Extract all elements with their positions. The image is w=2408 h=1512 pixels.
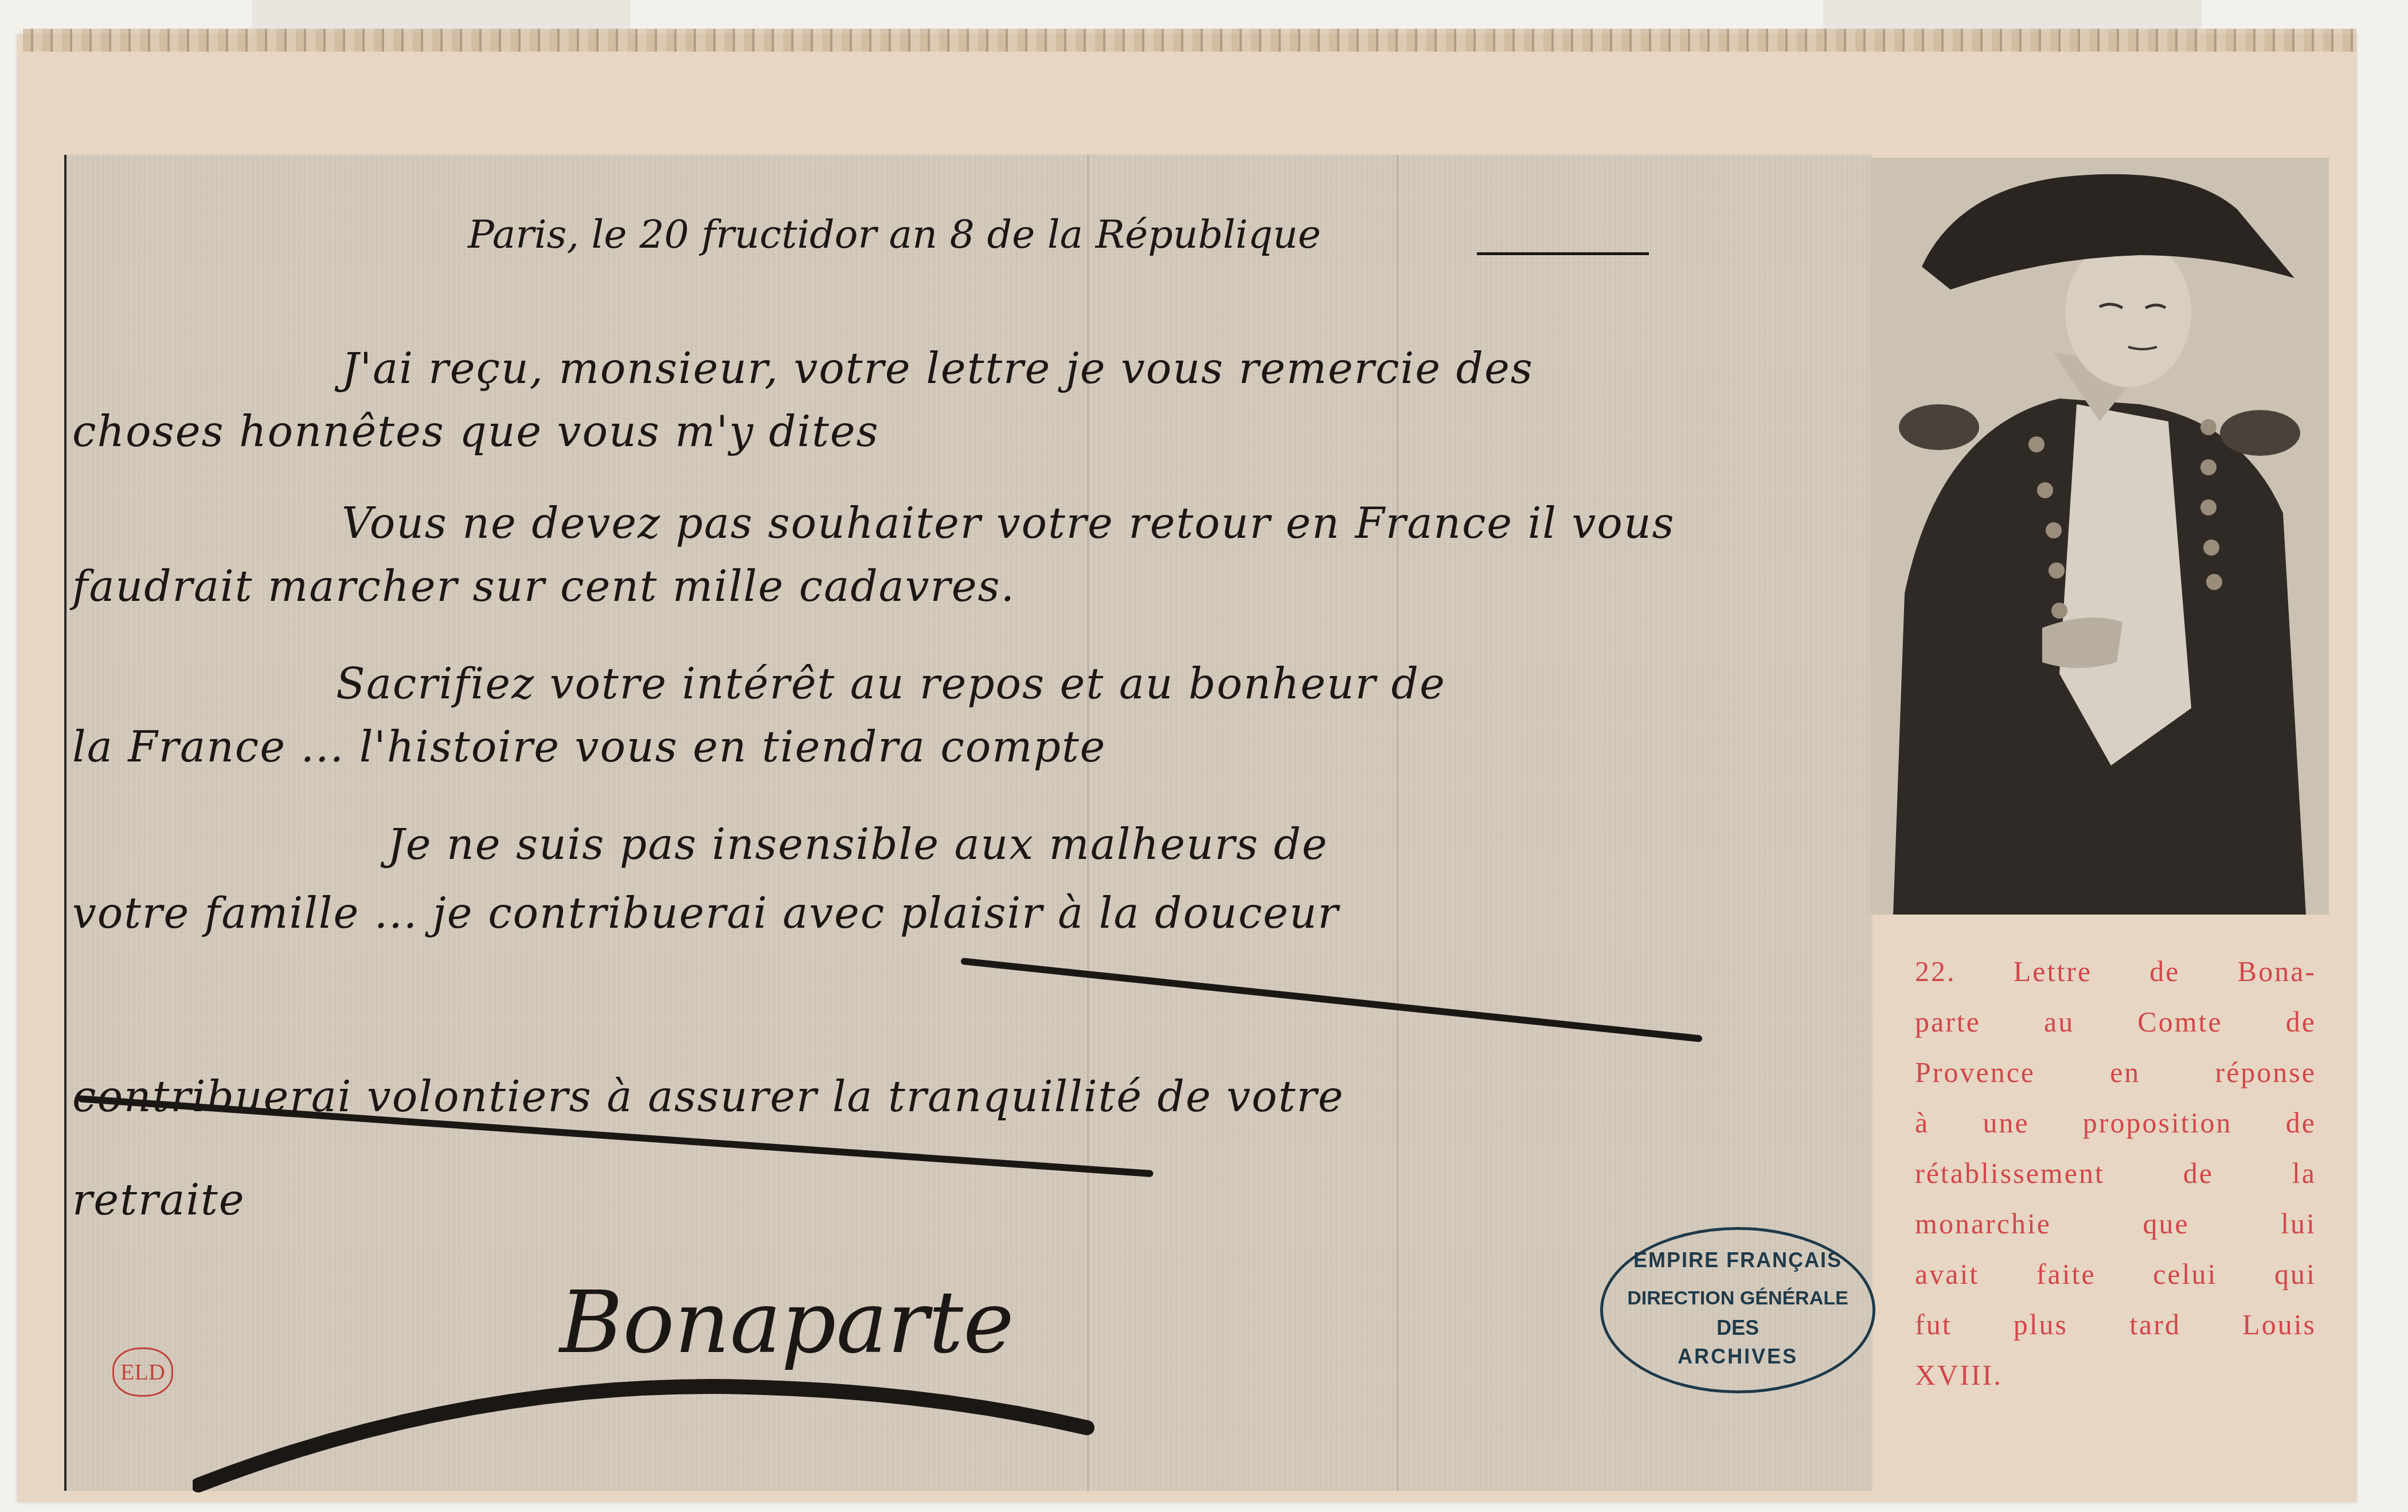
letter-line: Vous ne devez pas souhaiter votre retour… xyxy=(342,499,1675,548)
caption-line: avait faite celui qui xyxy=(1915,1249,2316,1299)
publisher-mark: ELD xyxy=(112,1347,173,1397)
archives-stamp: EMPIRE FRANÇAIS DIRECTION GÉNÉRALE DES A… xyxy=(1600,1227,1875,1393)
caption-line: monarchie que lui xyxy=(1915,1198,2316,1249)
caption-line: Provence en réponse xyxy=(1915,1047,2316,1097)
torn-top-edge xyxy=(23,29,2356,52)
caption-line: à une proposition de xyxy=(1915,1097,2316,1148)
letter-line: Sacrifiez votre intérêt au repos et au b… xyxy=(336,659,1446,709)
letter-dateline: Paris, le 20 fructidor an 8 de la Républ… xyxy=(468,212,1321,257)
letter-line: votre famille ... je contribuerai avec p… xyxy=(72,889,1339,938)
signature-flourish xyxy=(193,1353,1110,1502)
stamp-line: DES xyxy=(1603,1316,1873,1340)
letter-facsimile: Paris, le 20 fructidor an 8 de la Républ… xyxy=(64,155,1873,1491)
letter-line: retraite xyxy=(72,1175,245,1225)
caption-line: rétablissement de la xyxy=(1915,1148,2316,1198)
letter-line: J'ai reçu, monsieur, votre lettre je vou… xyxy=(342,344,1534,393)
caption-line: fut plus tard Louis xyxy=(1915,1299,2316,1350)
napoleon-portrait-icon xyxy=(1870,158,2329,915)
stamp-line: ARCHIVES xyxy=(1603,1345,1873,1369)
caption: 22. Lettre de Bona- parte au Comte de Pr… xyxy=(1915,946,2316,1400)
strikethrough-stroke xyxy=(960,958,1702,1042)
letter-line: Je ne suis pas insensible aux malheurs d… xyxy=(388,820,1328,869)
caption-line: XVIII. xyxy=(1915,1350,2316,1400)
portrait-image xyxy=(1870,158,2329,915)
stamp-line: EMPIRE FRANÇAIS xyxy=(1603,1248,1873,1272)
caption-line: 22. Lettre de Bona- xyxy=(1915,946,2316,997)
letter-line: faudrait marcher sur cent mille cadavres… xyxy=(72,562,1015,611)
caption-line: parte au Comte de xyxy=(1915,997,2316,1047)
letter-line: la France ... l'histoire vous en tiendra… xyxy=(72,722,1106,772)
dateline-rule xyxy=(1477,252,1649,255)
letter-line: choses honnêtes que vous m'y dites xyxy=(72,407,879,456)
stamp-line: DIRECTION GÉNÉRALE xyxy=(1603,1287,1873,1310)
